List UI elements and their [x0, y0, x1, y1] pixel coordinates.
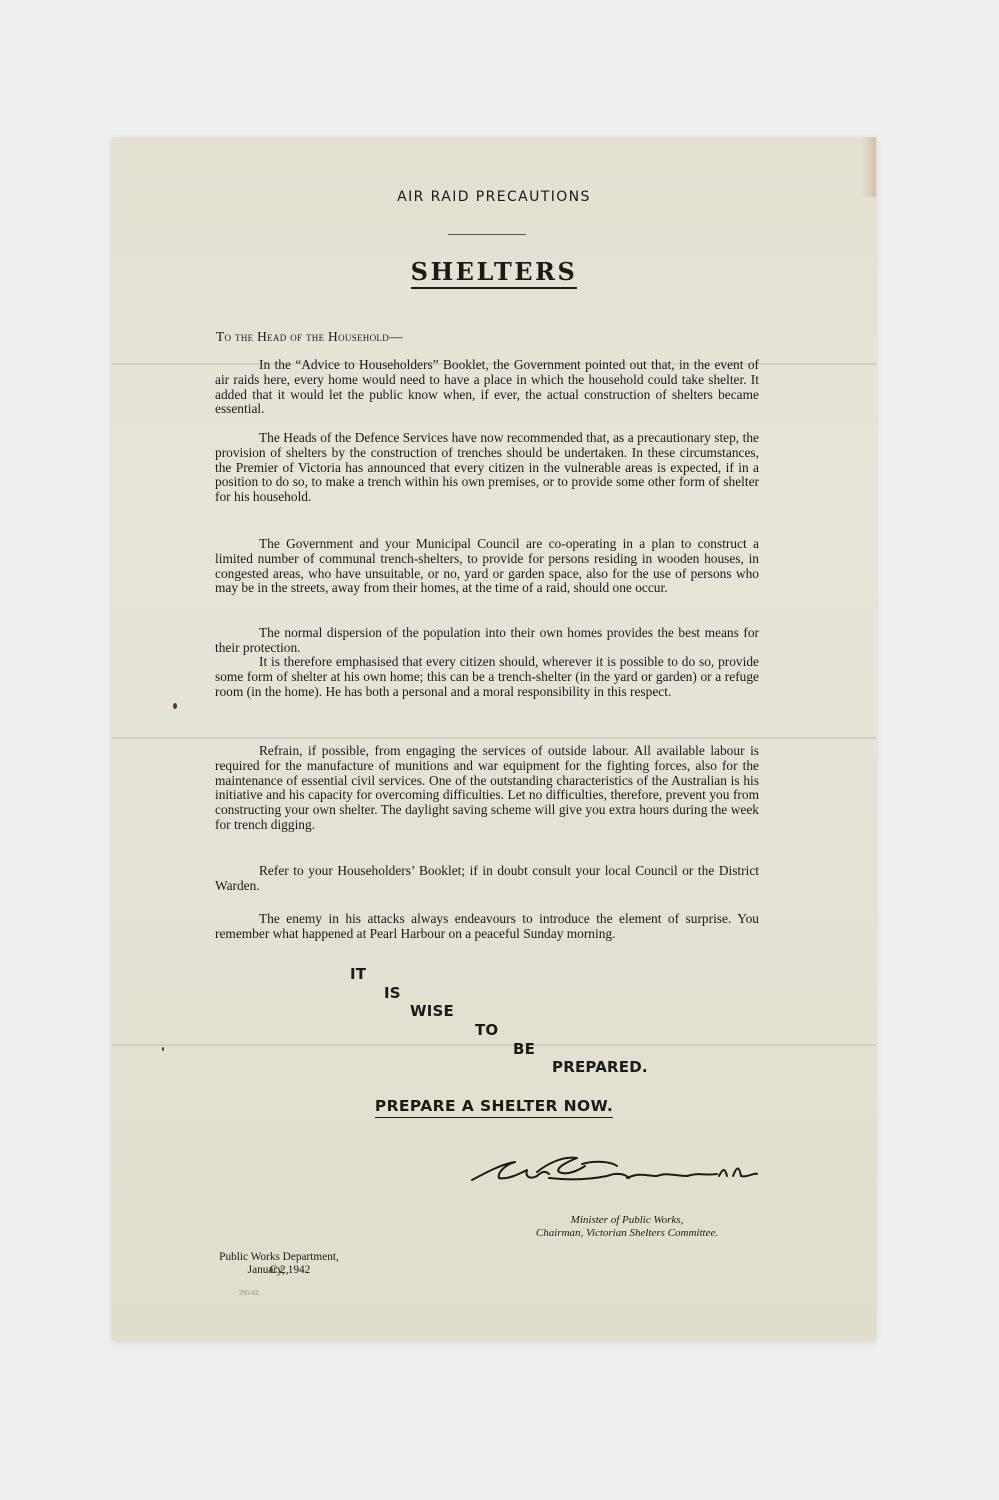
- paragraph-booklet-reference: Refer to your Householders’ Booklet; if …: [215, 864, 759, 894]
- slogan-word: WISE: [410, 1002, 454, 1020]
- footer-date: January, 1942: [216, 1264, 342, 1277]
- paper-fold-line: [112, 1044, 876, 1046]
- paragraph-pearl-harbour: The enemy in his attacks always endeavou…: [215, 912, 759, 942]
- print-reference-number: 395/42.: [239, 1289, 260, 1297]
- call-to-action-text: PREPARE A SHELTER NOW.: [375, 1097, 613, 1118]
- slogan-word: TO: [475, 1021, 498, 1039]
- call-to-action: PREPARE A SHELTER NOW.: [112, 1097, 876, 1116]
- paper-stain: [162, 1047, 164, 1051]
- poster-sheet: AIR RAID PRECAUTIONS SHELTERS To the Hea…: [112, 137, 876, 1340]
- paragraph-defence-services: The Heads of the Defence Services have n…: [215, 431, 759, 505]
- paragraph-emphasis: It is therefore emphasised that every ci…: [215, 655, 759, 699]
- slogan-word: PREPARED.: [552, 1058, 648, 1076]
- signature-image: [467, 1150, 767, 1190]
- title-text: SHELTERS: [411, 257, 578, 289]
- slogan-word: BE: [513, 1040, 535, 1058]
- header-divider: [448, 234, 526, 235]
- header-air-raid-precautions: AIR RAID PRECAUTIONS: [112, 189, 876, 205]
- slogan-word: IT: [350, 965, 366, 983]
- salutation: To the Head of the Household—: [216, 329, 403, 345]
- signature-title-chairman: Chairman, Victorian Shelters Committee.: [482, 1227, 772, 1240]
- page-title: SHELTERS: [112, 257, 876, 286]
- paper-stain: [173, 703, 177, 709]
- paragraph-labour: Refrain, if possible, from engaging the …: [215, 744, 759, 833]
- slogan-word: IS: [384, 984, 401, 1002]
- paper-fold-line: [112, 737, 876, 739]
- paragraph-advice-booklet: In the “Advice to Householders” Booklet,…: [215, 358, 759, 417]
- paragraph-dispersion: The normal dispersion of the population …: [215, 626, 759, 656]
- paragraph-communal-shelters: The Government and your Municipal Counci…: [215, 537, 759, 596]
- signature-title-minister: Minister of Public Works,: [482, 1214, 772, 1227]
